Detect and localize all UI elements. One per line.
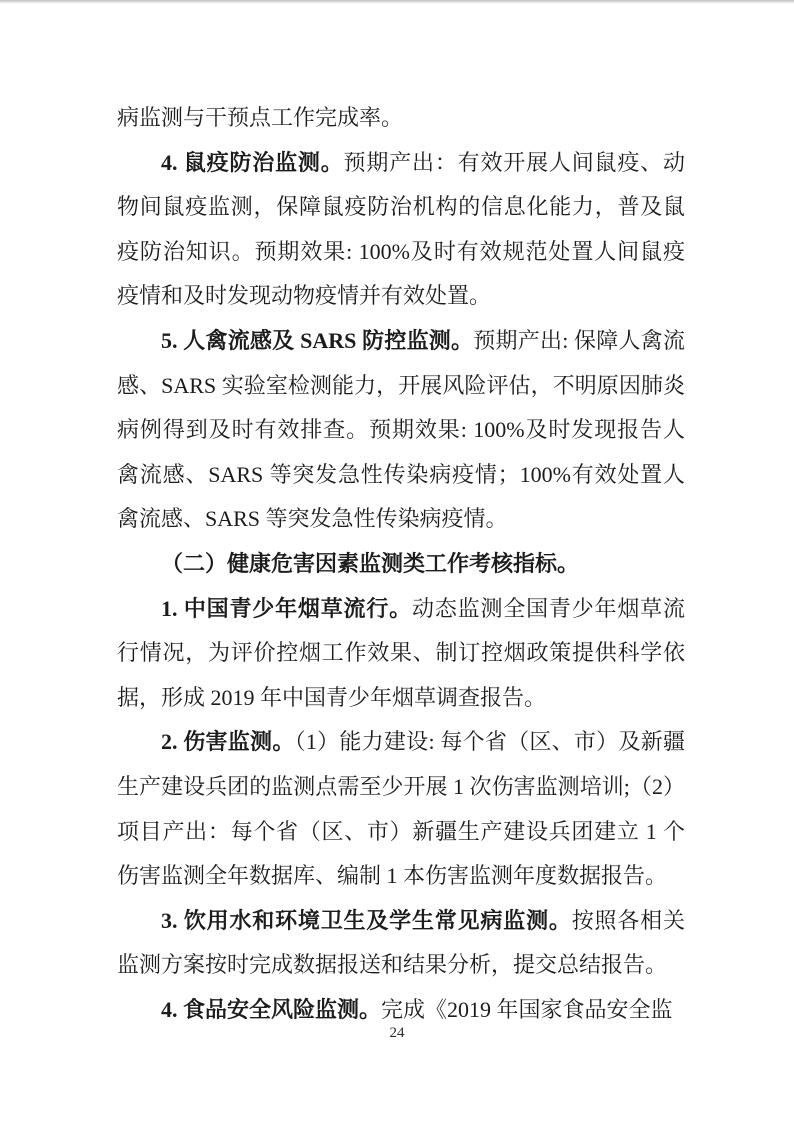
paragraph-lead: 5. 人禽流感及 SARS 防控监测。 [161,328,473,353]
paragraph-text: 预期产出: 保障人禽流感、SARS 实验室检测能力，开展风险评估，不明原因肺炎病… [117,328,685,531]
paragraph-plague-monitoring: 4. 鼠疫防治监测。预期产出：有效开展人间鼠疫、动物间鼠疫监测，保障鼠疫防治机构… [117,141,685,319]
paragraph-drinking-water-school-health: 3. 饮用水和环境卫生及学生常见病监测。按照各相关监测方案按时完成数据报送和结果… [117,899,685,988]
document-page: 病监测与干预点工作完成率。 4. 鼠疫防治监测。预期产出：有效开展人间鼠疫、动物… [0,0,794,1122]
paragraph-lead: 1. 中国青少年烟草流行。 [161,596,412,621]
page-footer: 24 [0,1023,794,1043]
paragraph-lead: 4. 食品安全风险监测。 [161,997,381,1022]
paragraph-injury-monitoring: 2. 伤害监测。（1）能力建设: 每个省（区、市）及新疆生产建设兵团的监测点需至… [117,720,685,898]
section-heading-health-hazard-factors: （二）健康危害因素监测类工作考核指标。 [117,542,685,587]
paragraph-lead: 4. 鼠疫防治监测。 [161,150,344,175]
section-heading-text: （二）健康危害因素监测类工作考核指标。 [161,551,579,576]
document-body: 病监测与干预点工作完成率。 4. 鼠疫防治监测。预期产出：有效开展人间鼠疫、动物… [117,96,685,1032]
scan-edge-artifact [0,0,794,4]
paragraph-youth-tobacco: 1. 中国青少年烟草流行。动态监测全国青少年烟草流行情况，为评价控烟工作效果、制… [117,587,685,721]
paragraph-text: 完成《2019 年国家食品安全监 [381,997,673,1022]
paragraph-lead: 2. 伤害监测。 [161,729,295,754]
page-number: 24 [390,1025,405,1041]
paragraph-avian-flu-sars-monitoring: 5. 人禽流感及 SARS 防控监测。预期产出: 保障人禽流感、SARS 实验室… [117,319,685,542]
paragraph-text: 病监测与干预点工作完成率。 [117,105,403,130]
paragraph-lead: 3. 饮用水和环境卫生及学生常见病监测。 [161,908,572,933]
paragraph-continuation: 病监测与干预点工作完成率。 [117,96,685,141]
